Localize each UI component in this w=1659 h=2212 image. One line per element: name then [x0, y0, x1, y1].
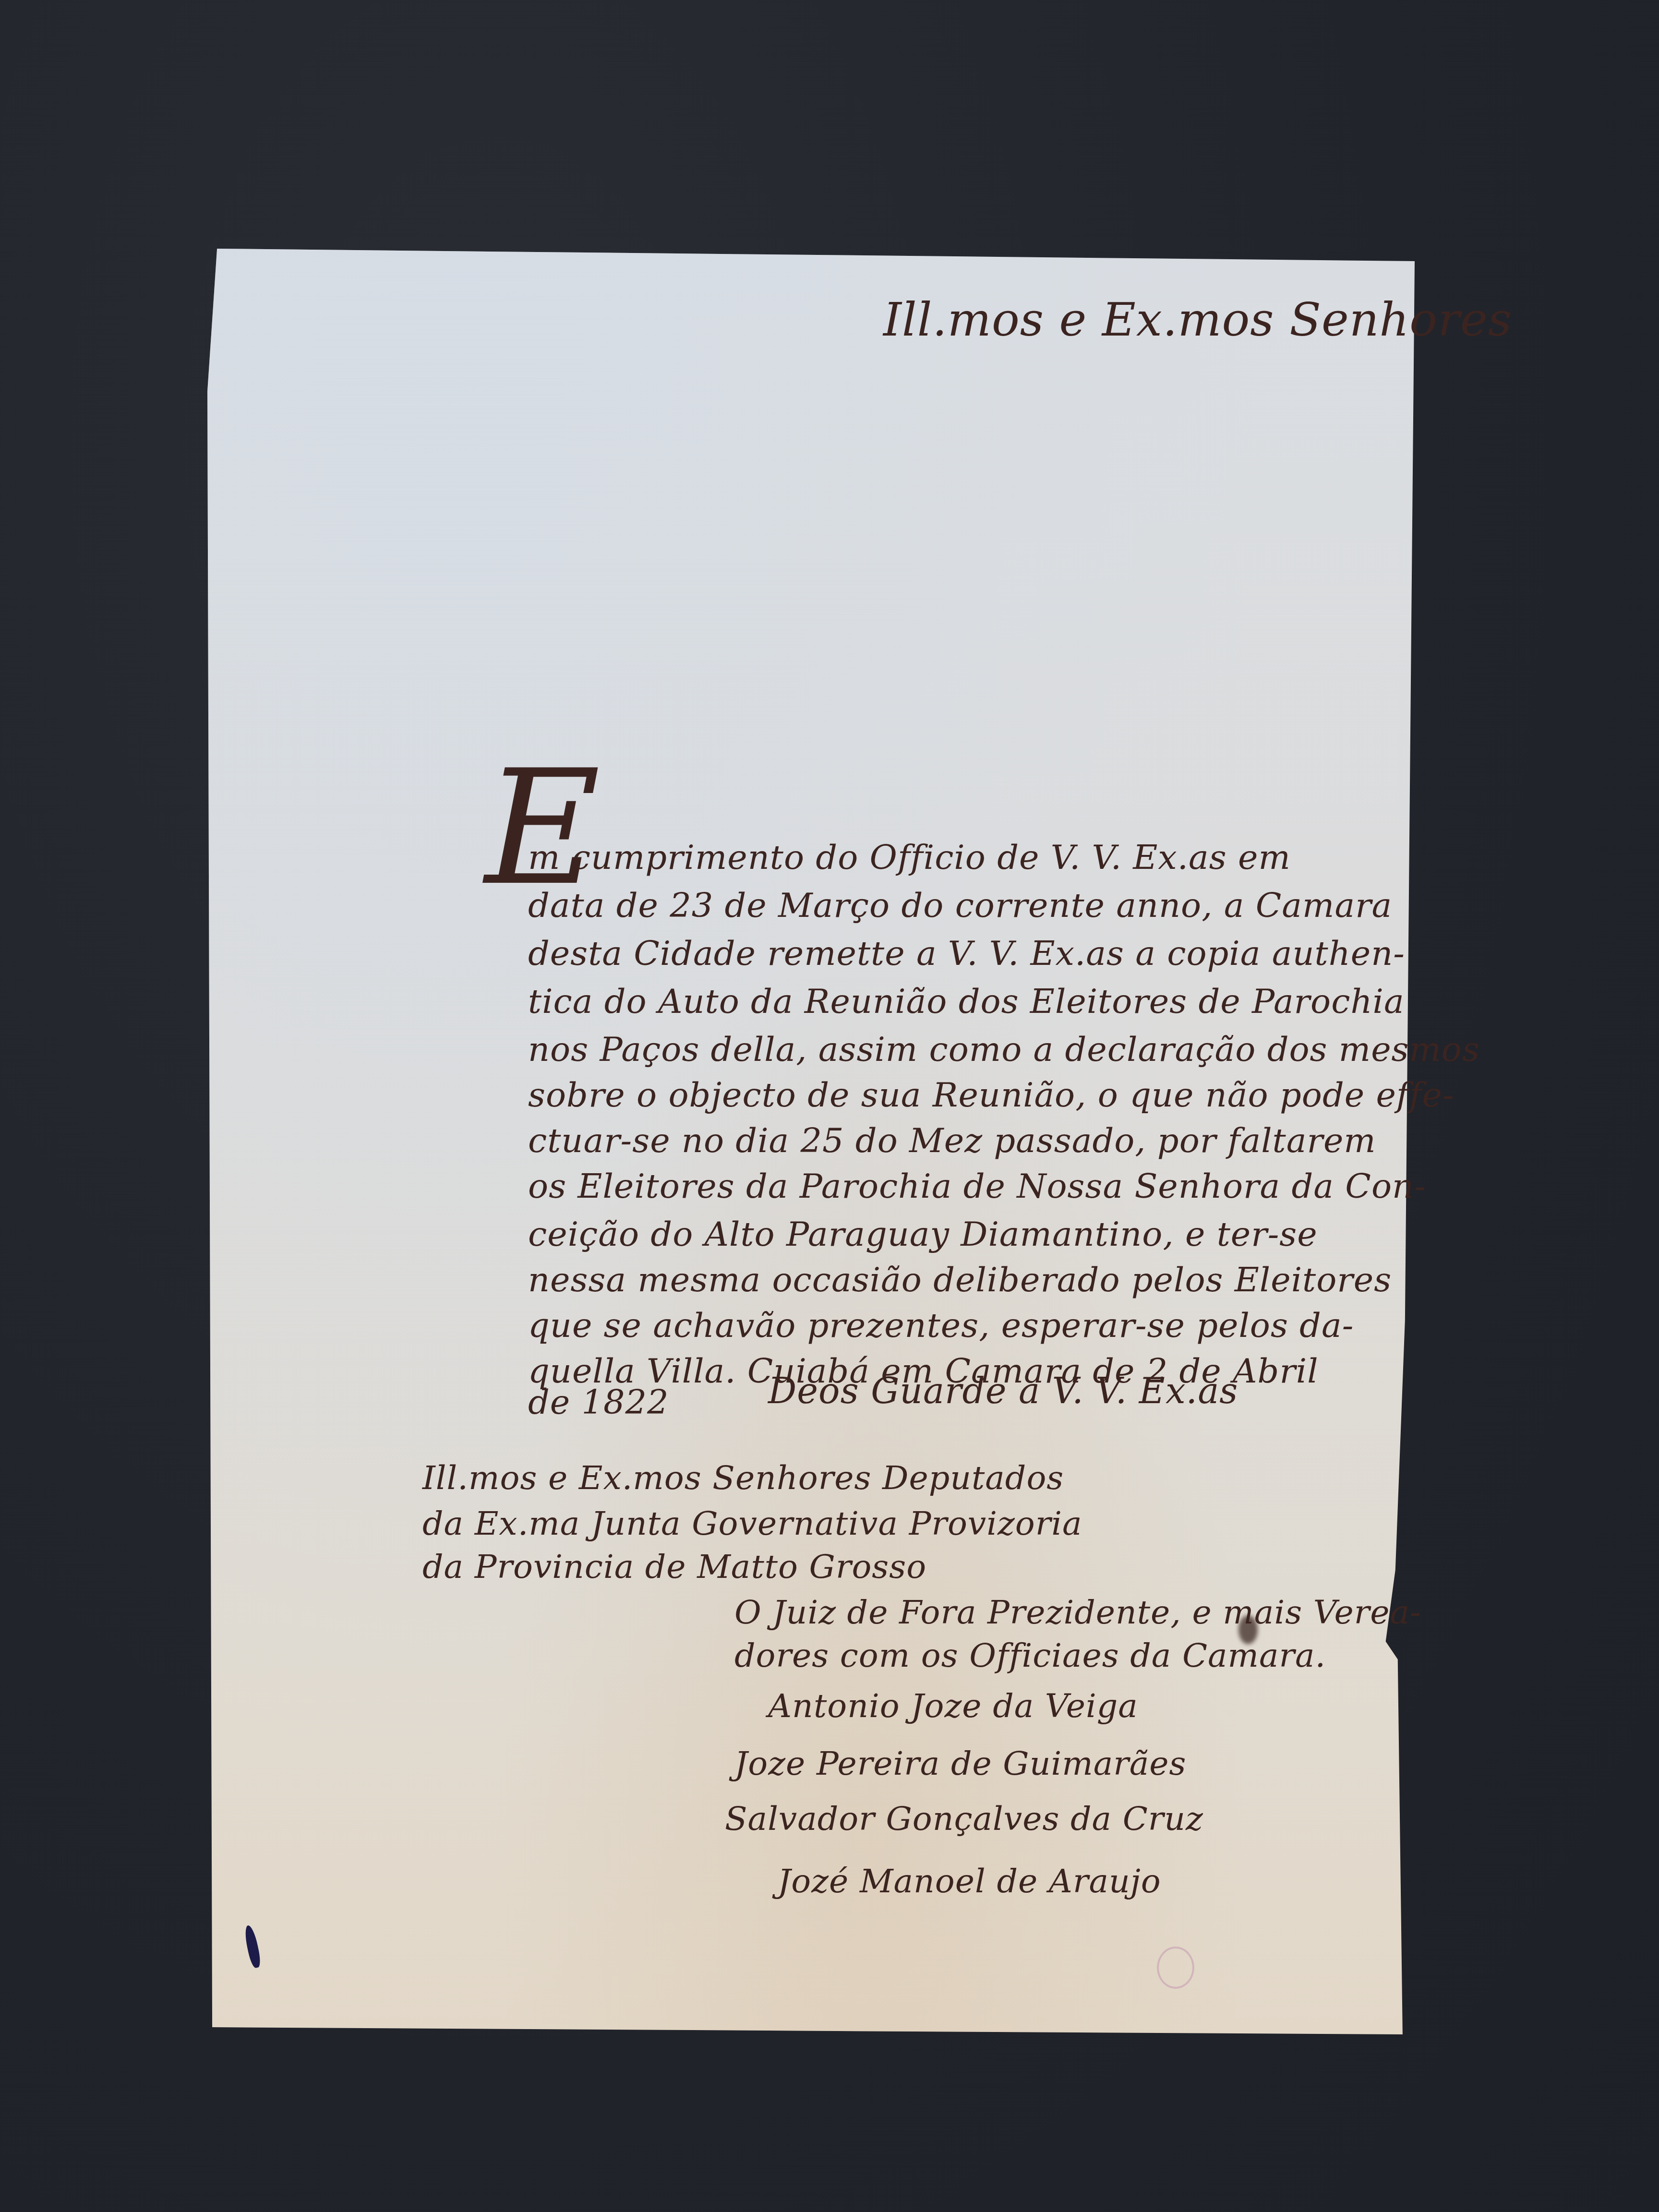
signatories-intro-line: dores com os Officiaes da Camara.: [734, 1637, 1326, 1675]
body-line: sobre o objecto de sua Reunião, o que nã…: [528, 1075, 1455, 1115]
body-line: ceição do Alto Paraguay Diamantino, e te…: [528, 1214, 1318, 1254]
addressee-line: da Ex.ma Junta Governativa Provizoria: [422, 1505, 1082, 1543]
body-line: tica do Auto da Reunião dos Eleitores de…: [528, 982, 1405, 1021]
body-line: que se achavão prezentes, esperar-se pel…: [528, 1306, 1354, 1345]
body-line-date: de 1822: [528, 1382, 669, 1422]
signature: Jozé Manoel de Araujo: [778, 1863, 1161, 1900]
addressee-line: da Provincia de Matto Grosso: [422, 1548, 926, 1586]
salutation-heading: Ill.mos e Ex.mos Senhores: [883, 293, 1512, 347]
body-line: os Eleitores da Parochia de Nossa Senhor…: [528, 1166, 1426, 1206]
signatories-intro-line: O Juiz de Fora Prezidente, e mais Verea-: [734, 1594, 1421, 1632]
signature: Joze Pereira de Guimarães: [734, 1745, 1186, 1783]
closing-formula: Deos Guarde a V. V. Ex.as: [768, 1370, 1238, 1412]
signature: Salvador Gonçalves da Cruz: [725, 1800, 1203, 1838]
body-line: data de 23 de Março do corrente anno, a …: [528, 886, 1392, 925]
body-line: nessa mesma occasião deliberado pelos El…: [528, 1260, 1392, 1299]
drop-cap-letter: E: [485, 749, 601, 907]
body-line: m cumprimento do Officio de V. V. Ex.as …: [528, 838, 1291, 877]
ring-stain-mark: [1157, 1947, 1194, 1989]
addressee-line: Ill.mos e Ex.mos Senhores Deputados: [422, 1459, 1064, 1497]
body-line: ctuar-se no dia 25 do Mez passado, por f…: [528, 1121, 1376, 1160]
signature: Antonio Joze da Veiga: [768, 1687, 1138, 1725]
body-line: nos Paços della, assim como a declaração…: [528, 1030, 1480, 1069]
body-line: desta Cidade remette a V. V. Ex.as a cop…: [528, 934, 1405, 973]
